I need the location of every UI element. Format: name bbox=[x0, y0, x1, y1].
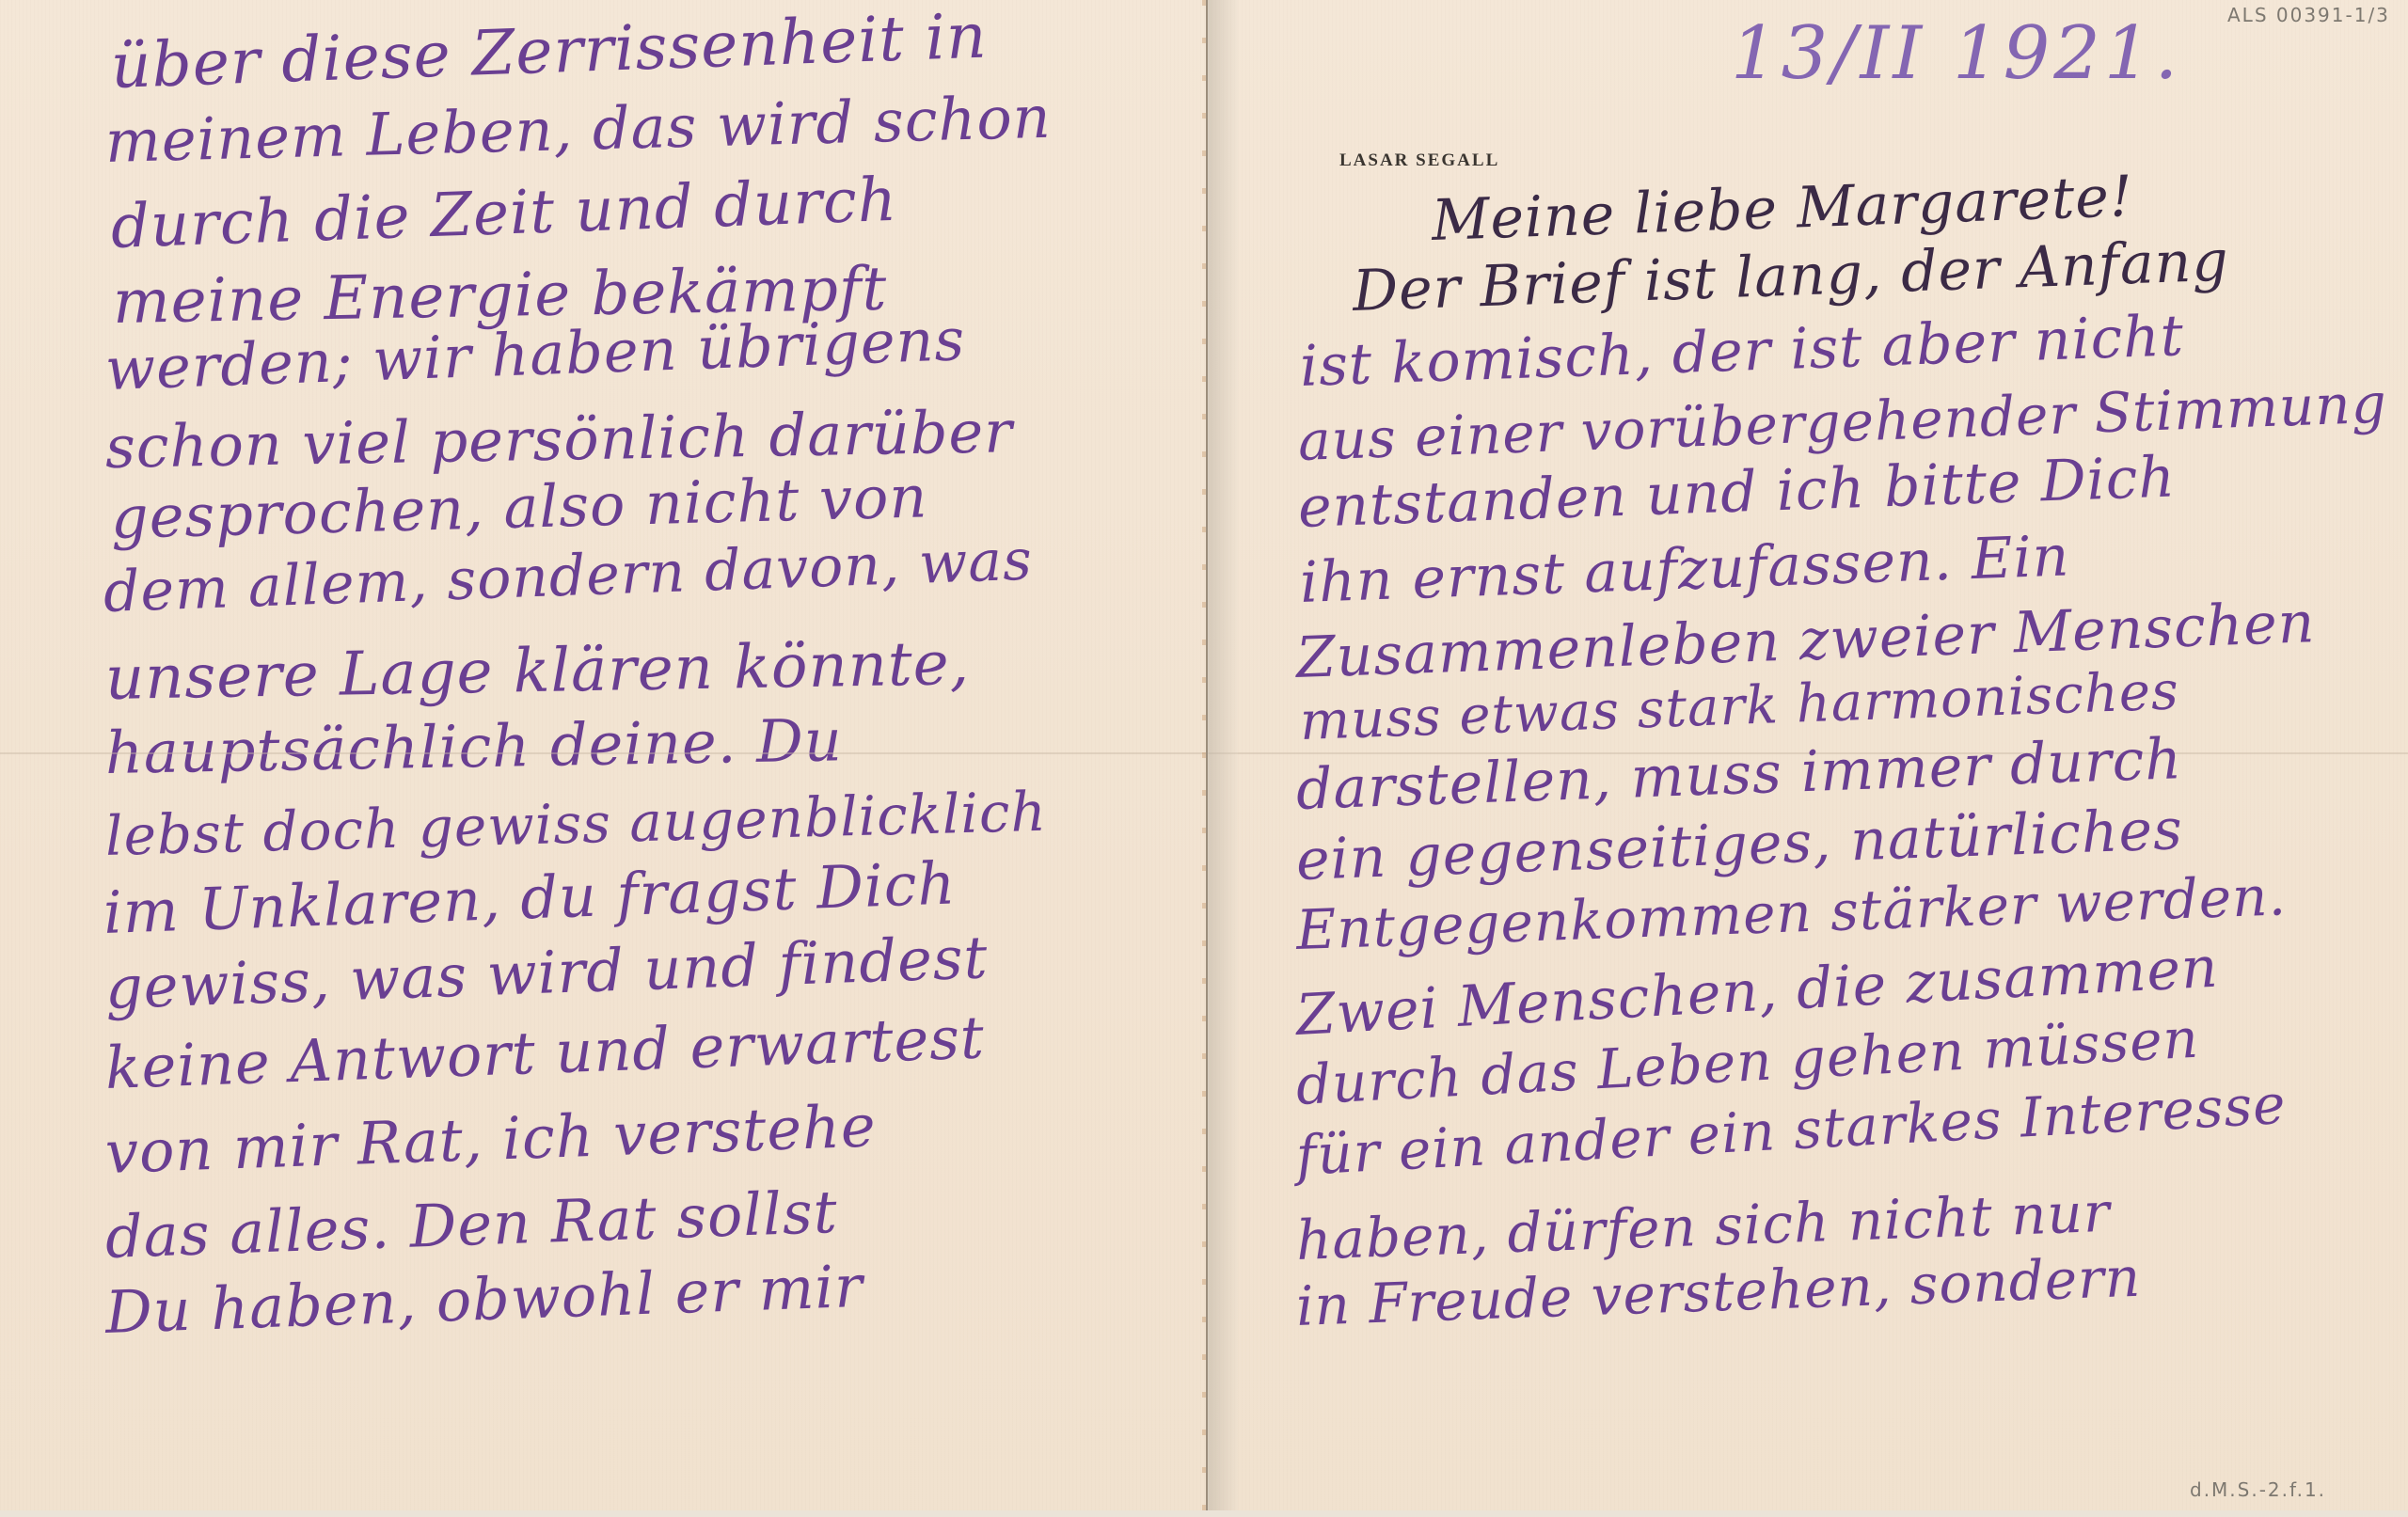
paper-bottom-edge bbox=[0, 1510, 2408, 1517]
letter-line: über diese Zerrissenheit in bbox=[110, 5, 989, 97]
letter-line: von mir Rat, ich verstehe bbox=[104, 1097, 878, 1182]
letter-line: ihn ernst aufzufassen. Ein bbox=[1299, 528, 2070, 611]
left-page: über diese Zerrissenheit in meinem Leben… bbox=[0, 0, 1206, 1517]
letter-line: durch die Zeit und durch bbox=[110, 170, 898, 258]
letter-scan: über diese Zerrissenheit in meinem Leben… bbox=[0, 0, 2408, 1517]
letter-line: das alles. Den Rat sollst bbox=[104, 1183, 839, 1267]
letter-line: meinem Leben, das wird schon bbox=[104, 88, 1052, 171]
folio-number: d.M.S.-2.f.1. bbox=[2190, 1478, 2326, 1501]
letter-line: hauptsächlich deine. Du bbox=[104, 711, 843, 782]
letter-line: unsere Lage klären könnte, bbox=[104, 634, 970, 709]
letter-line: Du haben, obwohl er mir bbox=[104, 1257, 864, 1342]
letter-line: keine Antwort und erwartest bbox=[104, 1008, 986, 1098]
right-page: Meine liebe Margarete! Der Brief ist lan… bbox=[1206, 0, 2408, 1517]
